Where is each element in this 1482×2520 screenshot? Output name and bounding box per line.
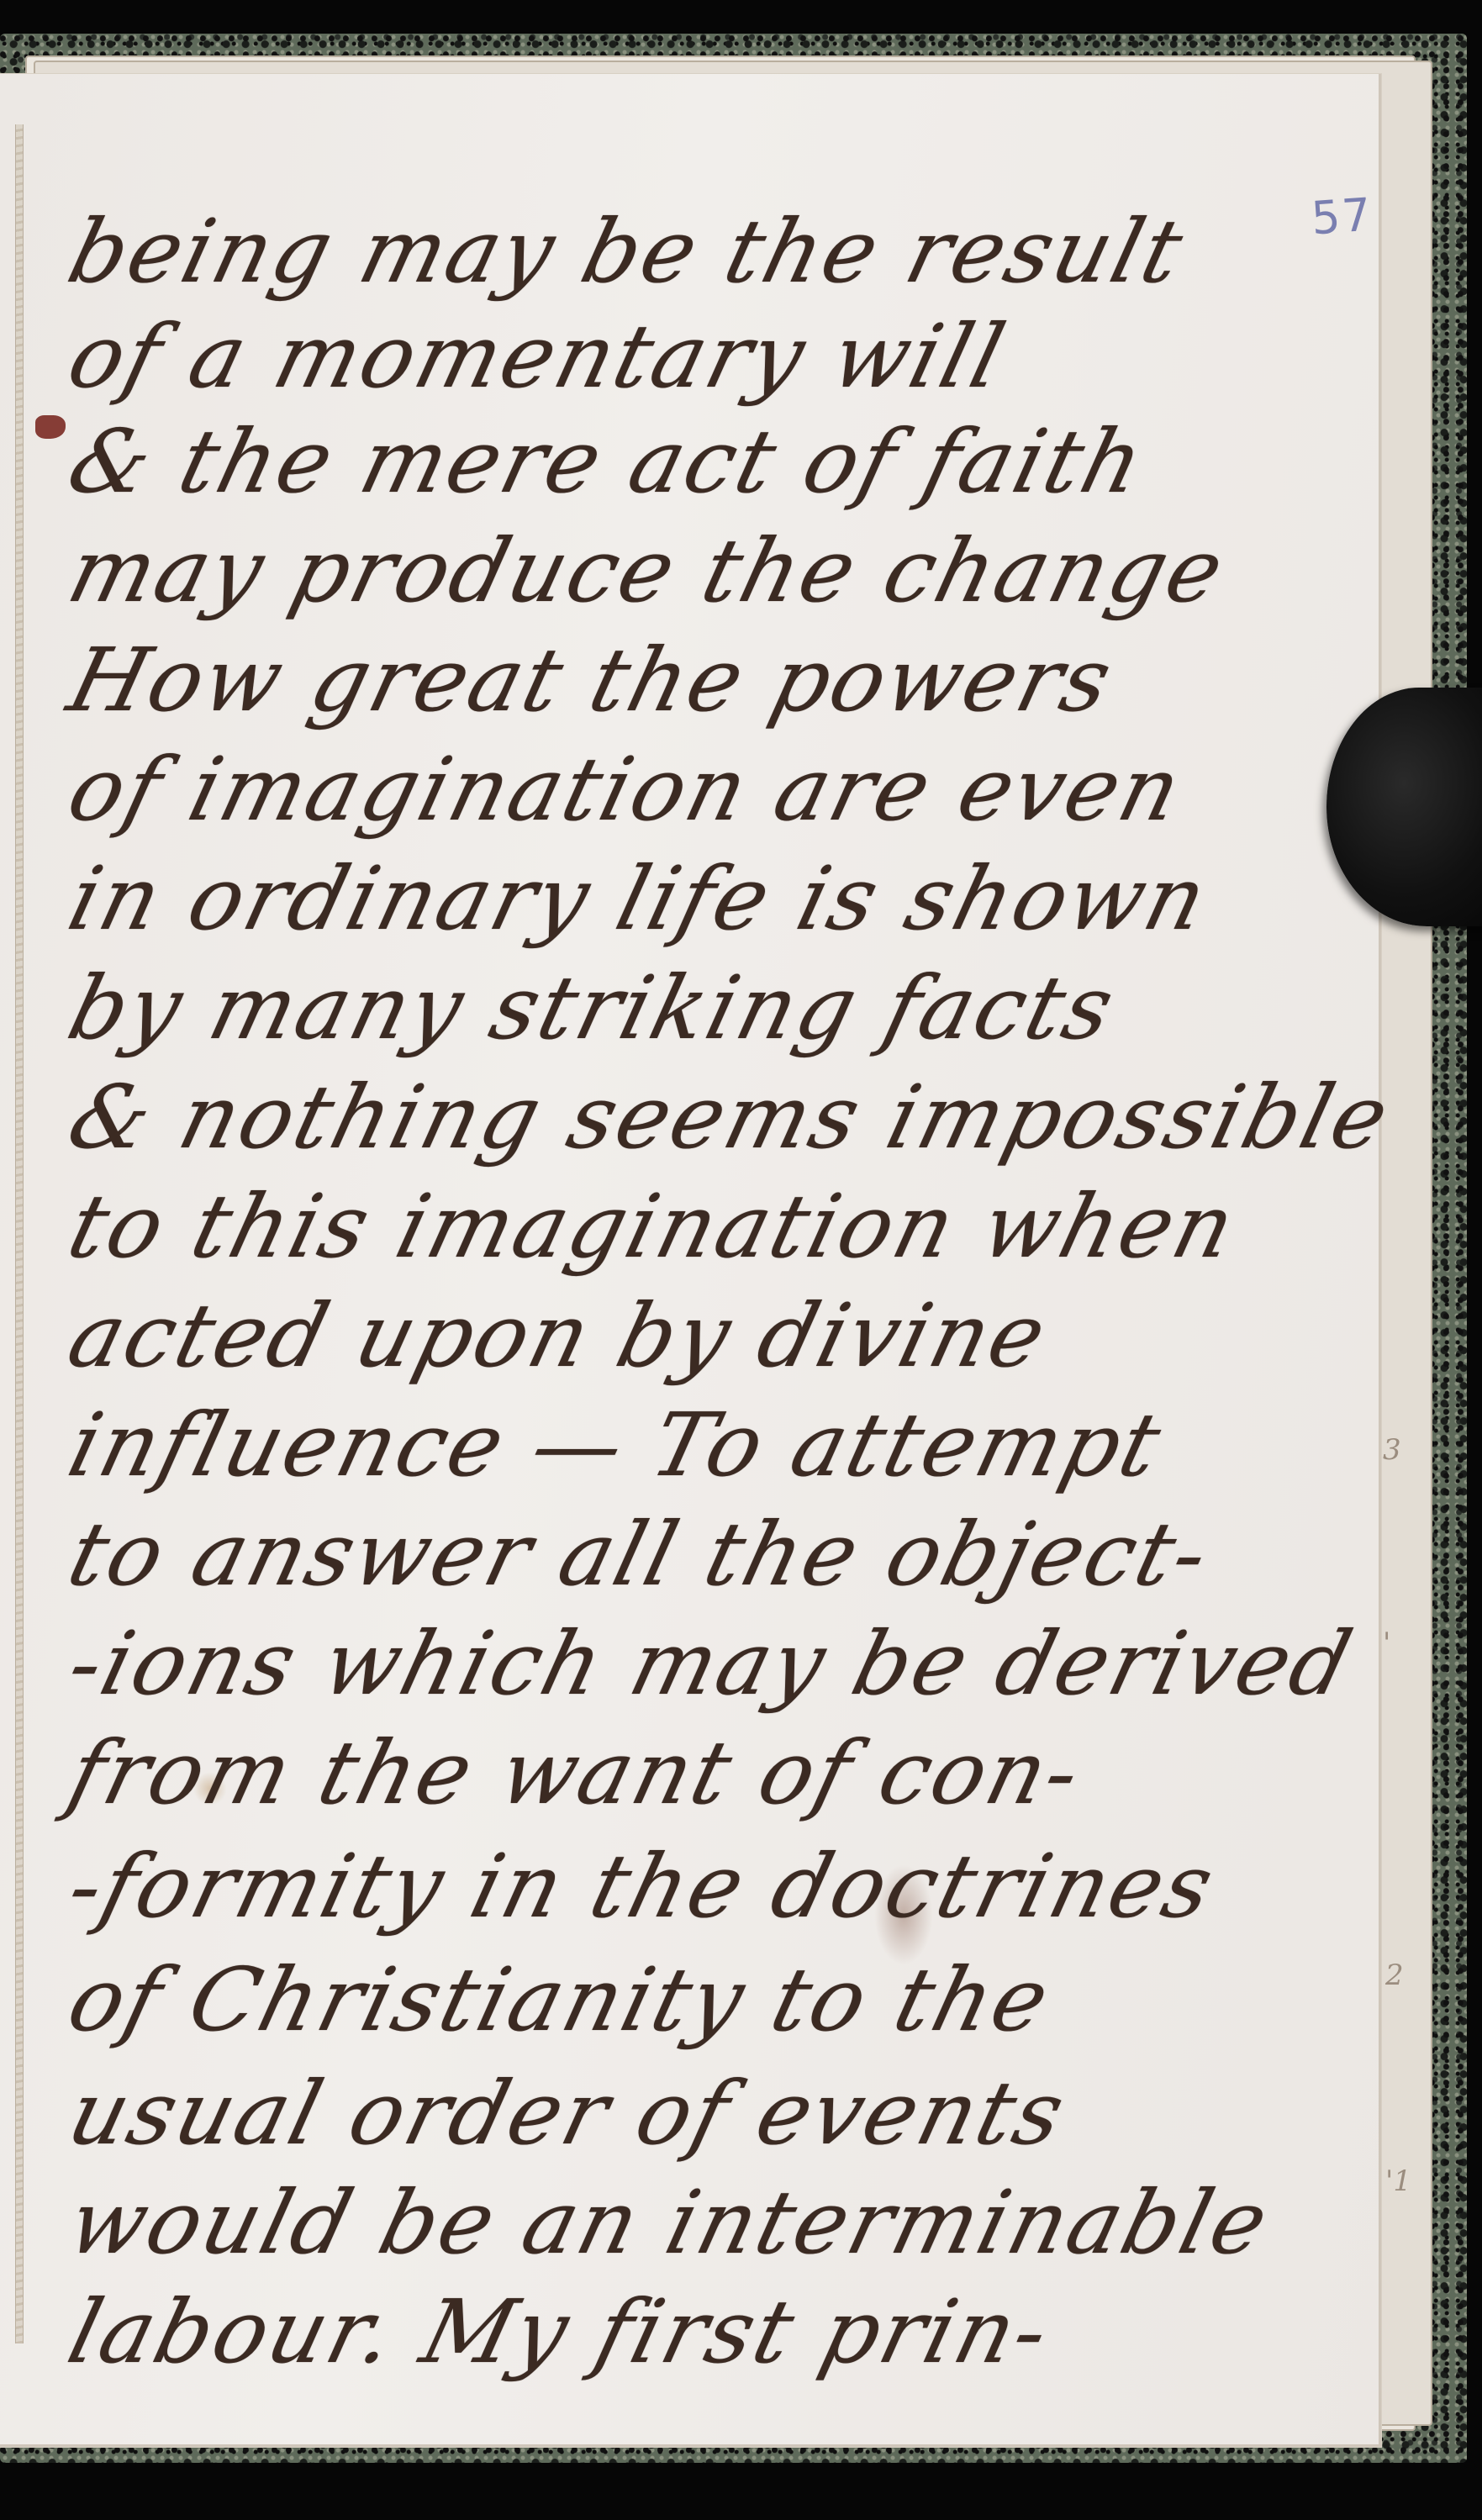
manuscript-line: of Christianity to the	[59, 1948, 1061, 2051]
manuscript-line: & the mere act of faith	[59, 410, 1156, 513]
manuscript-line: usual order of events	[59, 2062, 1076, 2164]
manuscript-line: labour. My first prin-	[59, 2280, 1061, 2383]
margin-mark: 2	[1385, 1959, 1404, 1992]
manuscript-line: of imagination are even	[59, 738, 1193, 841]
manuscript-line: being may be the result	[59, 200, 1195, 303]
manuscript-line: influence — To attempt	[59, 1394, 1173, 1496]
manuscript-page: 57 being may be the result of a momentar…	[0, 74, 1381, 2447]
binding-thread	[15, 124, 24, 2343]
margin-mark: '1	[1385, 2164, 1411, 2198]
manuscript-line: How great the powers	[59, 629, 1124, 731]
margin-mark: '	[1383, 1626, 1390, 1660]
manuscript-line: & nothing seems impossible	[59, 1066, 1400, 1168]
manuscript-line: by many striking facts	[59, 957, 1126, 1059]
manuscript-line: acted upon by divine	[59, 1284, 1058, 1387]
manuscript-line: to answer all the object-	[59, 1503, 1221, 1605]
manuscript-line: in ordinary life is shown	[59, 847, 1219, 950]
red-wax-mark	[35, 415, 66, 439]
manuscript-line: -formity in the doctrines	[59, 1835, 1226, 1937]
manuscript-line: of a momentary will	[59, 305, 1016, 408]
page-number: 57	[1310, 188, 1374, 245]
manuscript-line: would be an interminable	[59, 2171, 1280, 2274]
manuscript-line: -ions which may be derived	[59, 1612, 1363, 1715]
margin-mark: 3	[1383, 1433, 1401, 1467]
manuscript-line: from the want of con-	[59, 1721, 1092, 1824]
manuscript-line: to this imagination when	[59, 1175, 1247, 1278]
manuscript-line: may produce the change	[59, 519, 1236, 622]
